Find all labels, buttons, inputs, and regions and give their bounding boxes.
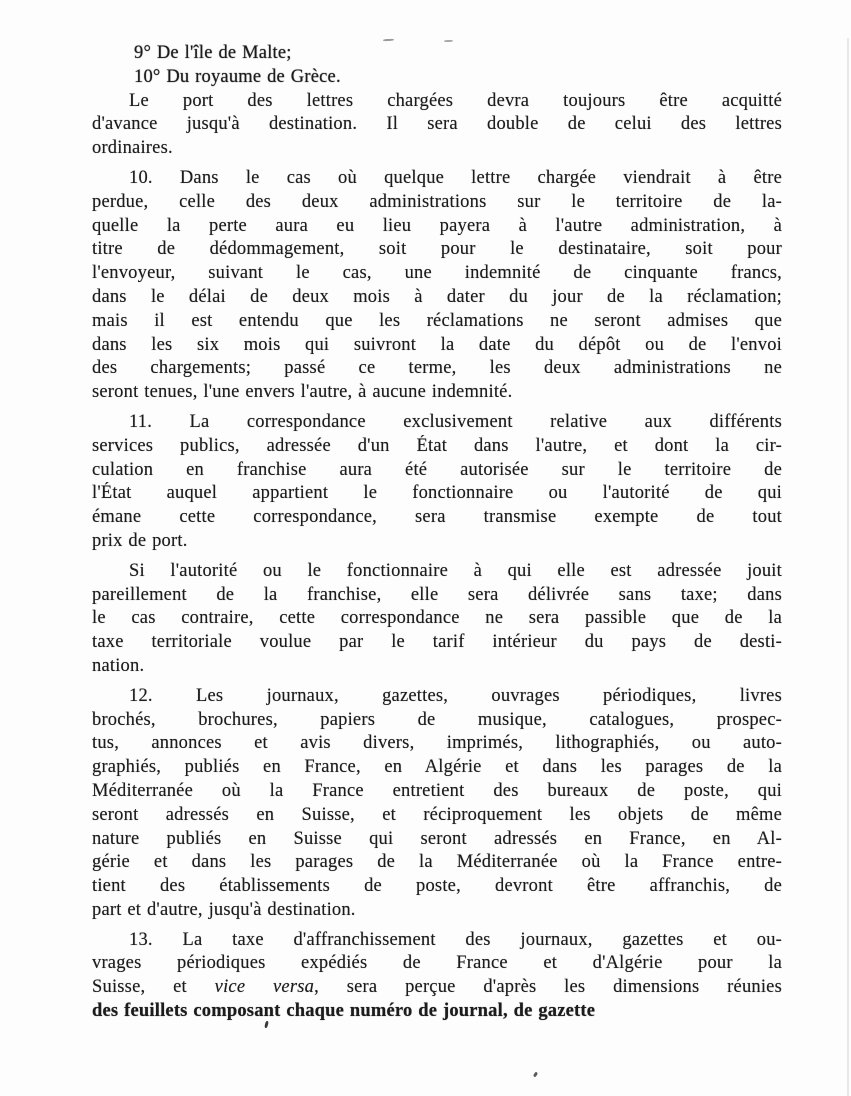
text-segment: le cas contraire, cette correspondance n… — [92, 608, 782, 628]
text-line: gérie et dans les parages de la Méditerr… — [92, 851, 782, 875]
text-line: prix de port. — [92, 530, 782, 554]
text-segment: services publics, adressée d'un État dan… — [92, 436, 782, 456]
text-line: 13. La taxe d'affranchissement des journ… — [92, 929, 782, 953]
text-line: Si l'autorité ou le fonctionnaire à qui … — [92, 560, 782, 584]
text-line: nature publiés en Suisse qui seront adre… — [92, 828, 782, 852]
article-11-suite: Si l'autorité ou le fonctionnaire à qui … — [92, 560, 782, 679]
text-line: quelle la perte aura eu lieu payera à l'… — [92, 215, 782, 239]
text-segment: Le port des lettres chargées devra toujo… — [129, 91, 782, 111]
text-segment: émane cette correspondance, sera transmi… — [92, 507, 782, 527]
text-segment: dans les six mois qui suivront la date d… — [92, 335, 782, 355]
text-segment: 10° Du royaume de Grèce. — [134, 67, 341, 87]
italic-text-segment: vice versa — [215, 977, 314, 997]
text-line: perdue, celle des deux administrations s… — [92, 191, 782, 215]
text-line: seront adressés en Suisse, et réciproque… — [92, 804, 782, 828]
list-items: 9° De l'île de Malte;10° Du royaume de G… — [92, 42, 782, 90]
text-line: des chargements; passé ce terme, les deu… — [92, 357, 782, 381]
text-line: l'État auquel appartient le fonctionnair… — [92, 482, 782, 506]
text-line: l'envoyeur, suivant le cas, une indemnit… — [92, 262, 782, 286]
text-line: émane cette correspondance, sera transmi… — [92, 506, 782, 530]
text-segment: 9° De l'île de Malte; — [134, 43, 292, 63]
text-line: le cas contraire, cette correspondance n… — [92, 607, 782, 631]
text-line: 12. Les journaux, gazettes, ouvrages pér… — [92, 685, 782, 709]
text-line: vrages périodiques expédiés de France et… — [92, 952, 782, 976]
text-segment: vrages périodiques expédiés de France et… — [92, 953, 782, 973]
text-segment: perdue, celle des deux administrations s… — [92, 192, 782, 212]
text-line: culation en franchise aura été autorisée… — [92, 459, 782, 483]
text-segment: brochés, brochures, papiers de musique, … — [92, 710, 782, 730]
text-line: dans le délai de deux mois à dater du jo… — [92, 286, 782, 310]
text-segment: des chargements; passé ce terme, les deu… — [92, 358, 782, 378]
text-segment: Si l'autorité ou le fonctionnaire à qui … — [129, 561, 782, 581]
text-line: services publics, adressée d'un État dan… — [92, 435, 782, 459]
text-segment: tus, annonces et avis divers, imprimés, … — [92, 733, 782, 753]
text-segment: pareillement de la franchise, elle sera … — [92, 585, 782, 605]
text-segment: Méditerranée où la France entretient des… — [92, 781, 782, 801]
text-segment: seront tenues, l'une envers l'autre, à a… — [92, 382, 512, 402]
text-line: Suisse, et vice versa, sera perçue d'apr… — [92, 976, 782, 1000]
text-segment: des feuillets composant chaque numéro de… — [92, 1001, 595, 1021]
article-13: 13. La taxe d'affranchissement des journ… — [92, 929, 782, 1024]
text-line: graphiés, publiés en France, en Algérie … — [92, 756, 782, 780]
text-segment: mais il est entendu que les réclamations… — [92, 311, 782, 331]
ink-smudge-dash — [383, 39, 394, 42]
text-segment: d'avance jusqu'à destination. Il sera do… — [92, 114, 782, 134]
text-line: titre de dédommagement, soit pour le des… — [92, 238, 782, 262]
scan-page-edge — [847, 38, 849, 1096]
text-segment: tient des établissements de poste, devro… — [92, 876, 782, 896]
article-12: 12. Les journaux, gazettes, ouvrages pér… — [92, 685, 782, 923]
text-segment: seront adressés en Suisse, et réciproque… — [92, 805, 782, 825]
scanned-page: 9° De l'île de Malte;10° Du royaume de G… — [0, 0, 851, 1096]
article-11: 11. La correspondance exclusivement rela… — [92, 411, 782, 554]
text-segment: culation en franchise aura été autorisée… — [92, 460, 782, 480]
text-line: d'avance jusqu'à destination. Il sera do… — [92, 113, 782, 137]
text-segment: titre de dédommagement, soit pour le des… — [92, 239, 782, 259]
text-segment: 10. Dans le cas où quelque lettre chargé… — [129, 168, 782, 188]
text-segment: prix de port. — [92, 531, 188, 551]
text-line: nation. — [92, 655, 782, 679]
text-line: taxe territoriale voulue par le tarif in… — [92, 631, 782, 655]
text-line: dans les six mois qui suivront la date d… — [92, 334, 782, 358]
text-line: tient des établissements de poste, devro… — [92, 875, 782, 899]
text-segment: dans le délai de deux mois à dater du jo… — [92, 287, 782, 307]
text-line: Le port des lettres chargées devra toujo… — [92, 90, 782, 114]
text-segment: part et d'autre, jusqu'à destination. — [92, 900, 356, 920]
page-text: 9° De l'île de Malte;10° Du royaume de G… — [92, 42, 782, 1024]
text-line: 10° Du royaume de Grèce. — [92, 66, 782, 90]
paragraph-port-des-lettres: Le port des lettres chargées devra toujo… — [92, 90, 782, 161]
ink-speck — [533, 1072, 538, 1078]
text-segment: graphiés, publiés en France, en Algérie … — [92, 757, 782, 777]
text-segment: 11. La correspondance exclusivement rela… — [129, 412, 782, 432]
text-segment: quelle la perte aura eu lieu payera à l'… — [92, 216, 782, 236]
text-line: 11. La correspondance exclusivement rela… — [92, 411, 782, 435]
text-line: tus, annonces et avis divers, imprimés, … — [92, 732, 782, 756]
text-segment: gérie et dans les parages de la Méditerr… — [92, 852, 782, 872]
text-segment: Suisse, et — [92, 977, 215, 997]
text-segment: , sera perçue d'après les dimensions réu… — [314, 977, 782, 997]
text-line: ordinaires. — [92, 137, 782, 161]
text-line: pareillement de la franchise, elle sera … — [92, 584, 782, 608]
text-segment: ordinaires. — [92, 138, 173, 158]
text-line: des feuillets composant chaque numéro de… — [92, 1000, 782, 1024]
text-segment: nature publiés en Suisse qui seront adre… — [92, 829, 782, 849]
text-segment: 13. La taxe d'affranchissement des journ… — [129, 930, 782, 950]
text-line: part et d'autre, jusqu'à destination. — [92, 899, 782, 923]
text-segment: l'envoyeur, suivant le cas, une indemnit… — [92, 263, 782, 283]
text-segment: taxe territoriale voulue par le tarif in… — [92, 632, 782, 652]
text-line: mais il est entendu que les réclamations… — [92, 310, 782, 334]
text-segment: 12. Les journaux, gazettes, ouvrages pér… — [129, 686, 782, 706]
text-segment: nation. — [92, 656, 144, 676]
text-line: seront tenues, l'une envers l'autre, à a… — [92, 381, 782, 405]
text-line: Méditerranée où la France entretient des… — [92, 780, 782, 804]
text-line: 9° De l'île de Malte; — [92, 42, 782, 66]
article-10: 10. Dans le cas où quelque lettre chargé… — [92, 167, 782, 405]
text-line: brochés, brochures, papiers de musique, … — [92, 709, 782, 733]
ink-speck-apostrophe — [264, 1021, 269, 1029]
text-segment: l'État auquel appartient le fonctionnair… — [92, 483, 782, 503]
text-line: 10. Dans le cas où quelque lettre chargé… — [92, 167, 782, 191]
